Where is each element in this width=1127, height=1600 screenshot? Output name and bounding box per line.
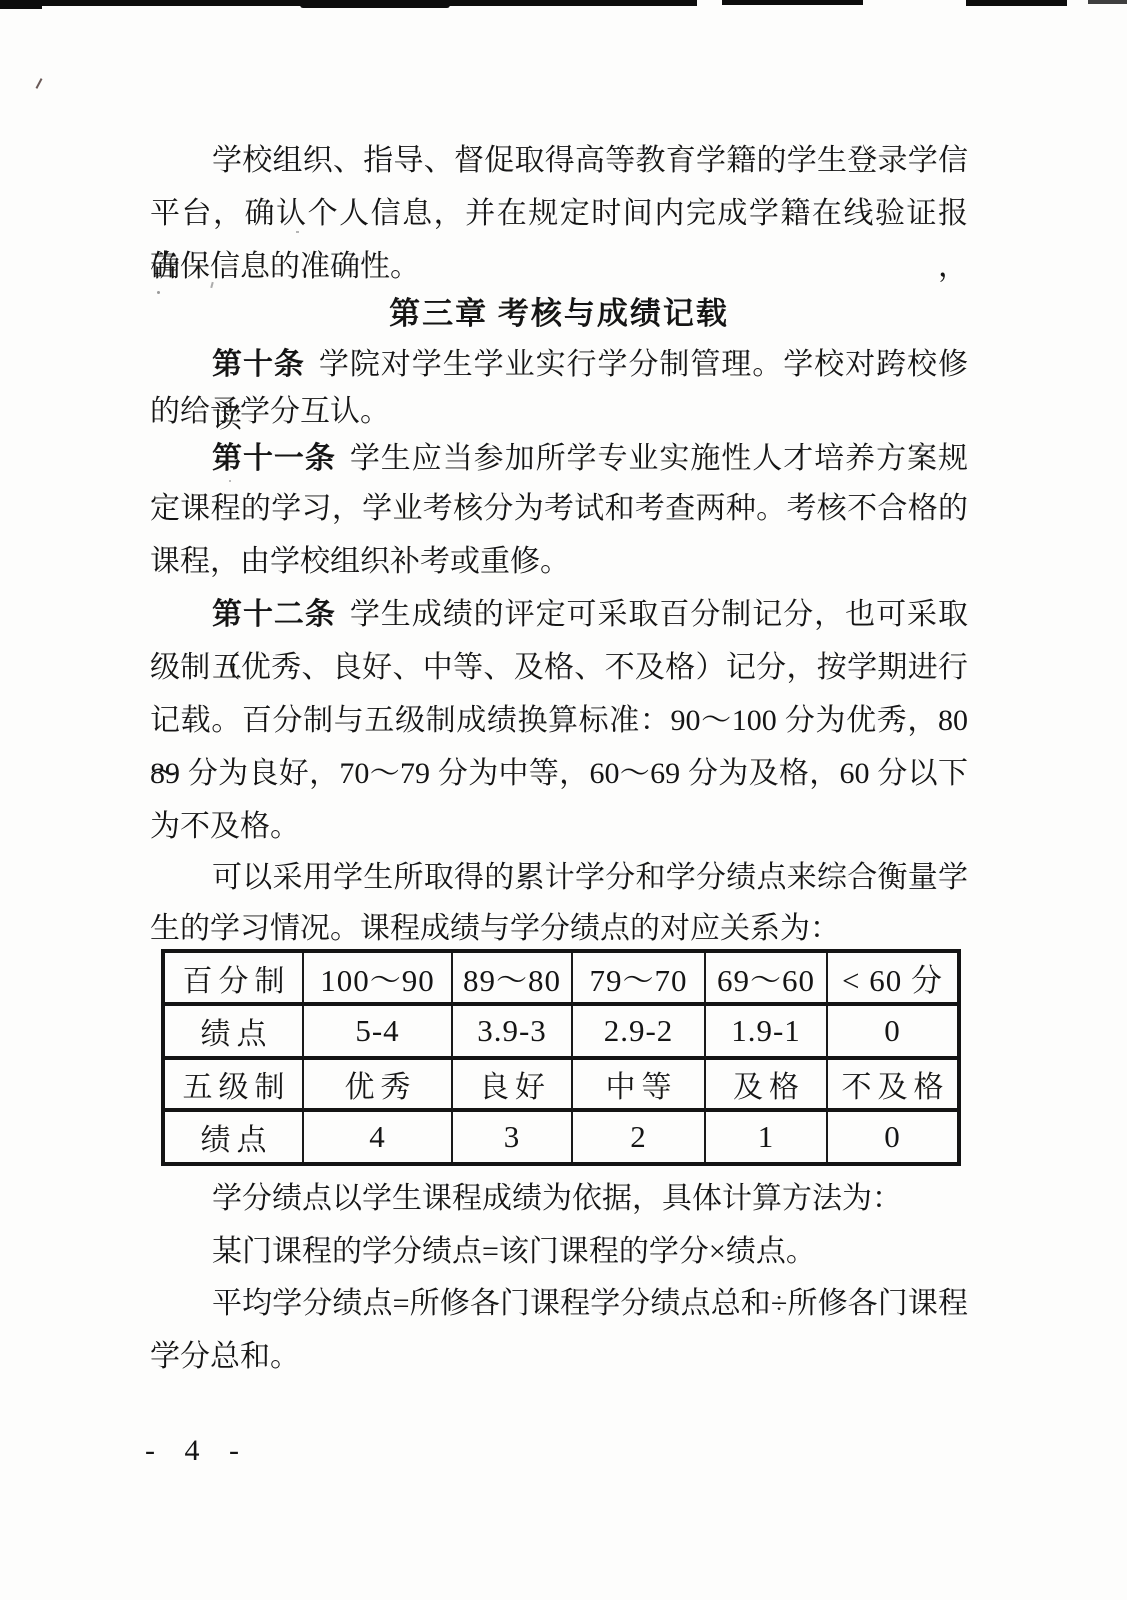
article-number-label: 第十二条 [212,598,336,631]
table-cell: 及格 [706,1060,828,1112]
table-cell: < 60 分 [828,953,957,1006]
table-cell: 五级制 [165,1060,304,1112]
table-cell: 5-4 [304,1006,453,1060]
paragraph-line: 89 分为良好，70～79 分为中等，60～69 分为及格，60 分以下 [150,747,968,800]
scan-artifact-bar [300,0,450,8]
table-cell: 79～70 [573,953,706,1006]
paragraph-line: 某门课程的学分绩点=该门课程的学分×绩点。 [150,1225,968,1278]
paragraph-line: 第十二条学生成绩的评定可采取百分制记分，也可采取五 [150,588,968,641]
table-cell: 100～90 [304,953,453,1006]
paragraph-line: 学分总和。 [150,1330,968,1383]
paragraph-line: 确保信息的准确性。 [150,240,968,293]
paragraph-line: 第十条学院对学生学业实行学分制管理。学校对跨校修读 [150,338,968,391]
table-cell: 2 [573,1112,706,1162]
table-cell: 4 [304,1112,453,1162]
paragraph-line: 平均学分绩点=所修各门课程学分绩点总和÷所修各门课程 [150,1277,968,1330]
article-number-label: 第十条 [212,348,305,381]
table-cell: 不及格 [828,1060,957,1112]
table-cell: 1 [706,1112,828,1162]
table-cell: 2.9-2 [573,1006,706,1060]
table-cell: 89～80 [453,953,573,1006]
table-cell: 3.9-3 [453,1006,573,1060]
paragraph-line: 学校组织、指导、督促取得高等教育学籍的学生登录学信 [150,134,968,187]
table-cell: 1.9-1 [706,1006,828,1060]
paragraph-line: 生的学习情况。课程成绩与学分绩点的对应关系为： [150,902,968,955]
table-cell: 69～60 [706,953,828,1006]
paragraph-text: 学生应当参加所学专业实施性人才培养方案规 [350,442,968,475]
paragraph-line: 平台，确认个人信息，并在规定时间内完成学籍在线验证报告， [150,187,968,240]
table-cell: 3 [453,1112,573,1162]
table-cell: 绩点 [165,1112,304,1162]
paragraph-line: 定课程的学习，学业考核分为考试和考查两种。考核不合格的 [150,482,968,535]
paragraph-line: 的给予学分互认。 [150,385,968,438]
article-number-label: 第十一条 [212,442,336,475]
scanned-document-page: 学校组织、指导、督促取得高等教育学籍的学生登录学信 平台，确认个人信息，并在规定… [0,0,1127,1600]
table-cell: 0 [828,1006,957,1060]
paragraph-line: 第十一条学生应当参加所学专业实施性人才培养方案规 [150,432,968,485]
paragraph-line: 记载。百分制与五级制成绩换算标准：90～100 分为优秀，80～ [150,694,968,747]
paragraph-line: 可以采用学生所取得的累计学分和学分绩点来综合衡量学 [150,851,968,904]
table-cell: 良好 [453,1060,573,1112]
page-number: - 4 - [145,1424,245,1477]
scan-artifact-bar [0,0,42,9]
chapter-heading: 第三章 考核与成绩记载 [150,287,968,340]
scan-artifact-bar [966,0,1067,6]
paragraph-line: 为不及格。 [150,800,968,853]
scan-artifact-bar [1088,0,1127,4]
paragraph-line: 学分绩点以学生课程成绩为依据，具体计算方法为： [150,1172,968,1225]
table-cell: 绩点 [165,1006,304,1060]
grade-conversion-table: 百分制 100～90 89～80 79～70 69～60 < 60 分 绩点 5… [161,949,961,1166]
table-cell: 中等 [573,1060,706,1112]
table-cell: 百分制 [165,953,304,1006]
scan-speck [36,78,43,89]
table-cell: 优秀 [304,1060,453,1112]
paragraph-line: 级制（优秀、良好、中等、及格、不及格）记分，按学期进行 [150,641,968,694]
scan-artifact-bar [722,0,863,5]
table-cell: 0 [828,1112,957,1162]
paragraph-line: 课程，由学校组织补考或重修。 [150,535,968,588]
